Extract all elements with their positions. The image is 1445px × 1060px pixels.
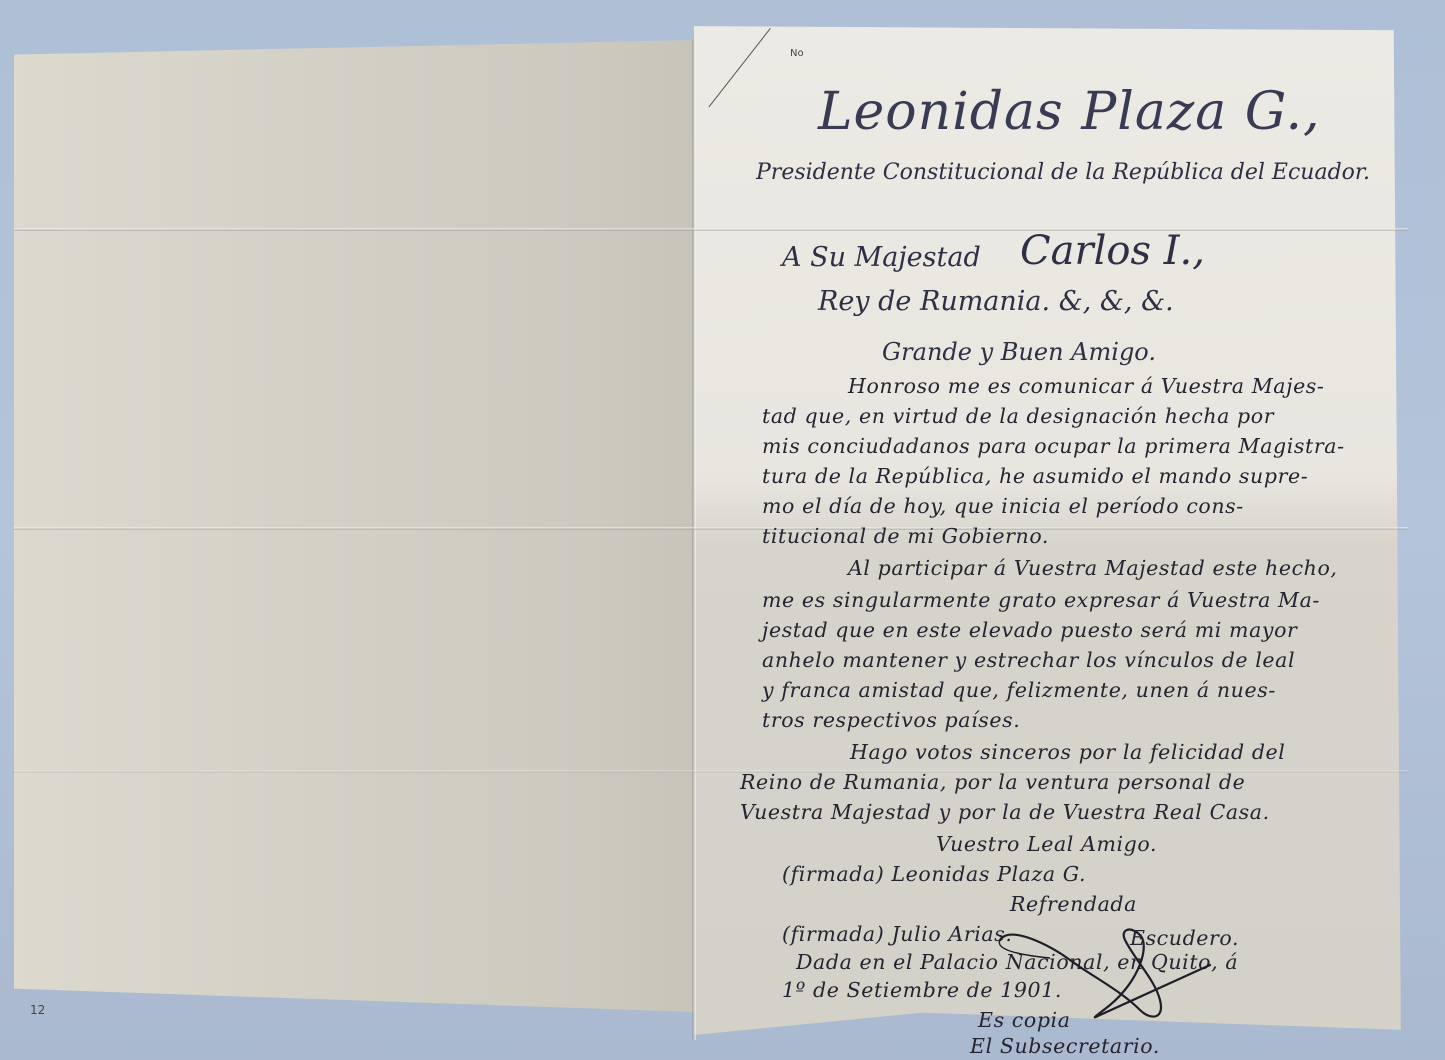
salutation: Grande y Buen Amigo. xyxy=(882,338,1156,366)
body-line: Reino de Rumania, por la ventura persona… xyxy=(740,770,1245,794)
left-blank-page xyxy=(14,40,694,1012)
body-line: mo el día de hoy, que inicia el período … xyxy=(762,494,1244,518)
margin-note: No xyxy=(790,48,804,59)
body-line: Honroso me es comunicar á Vuestra Majes- xyxy=(848,374,1324,398)
letterhead-title: Presidente Constitucional de la Repúblic… xyxy=(756,160,1370,185)
body-line: Vuestra Majestad y por la de Vuestra Rea… xyxy=(740,800,1270,824)
body-line: me es singularmente grato expresar á Vue… xyxy=(762,588,1320,612)
body-line: tura de la República, he asumido el mand… xyxy=(762,464,1308,488)
closing: Vuestro Leal Amigo. xyxy=(936,832,1157,856)
body-line: mis conciudadanos para ocupar la primera… xyxy=(762,434,1345,458)
countersigned-label: Refrendada xyxy=(1010,892,1137,916)
letterhead-name: Leonidas Plaza G., xyxy=(818,82,1321,142)
page-number: 12 xyxy=(30,1003,45,1017)
signed-minister: (firmada) Julio Arias. xyxy=(782,922,1012,946)
horizontal-fold-crease-middle xyxy=(14,527,1408,530)
body-line: anhelo mantener y estrechar los vínculos… xyxy=(762,648,1295,672)
vertical-fold-crease xyxy=(692,40,696,1040)
addressee-prefix: A Su Majestad xyxy=(782,242,981,273)
body-line: titucional de mi Gobierno. xyxy=(762,524,1049,548)
signature-escudero: Escudero. xyxy=(990,920,1230,1034)
body-line: Al participar á Vuestra Majestad este he… xyxy=(848,556,1338,580)
body-line: tad que, en virtud de la designación hec… xyxy=(762,404,1274,428)
addressee-title: Rey de Rumania. &, &, &. xyxy=(818,286,1174,317)
copy-signer-title: El Subsecretario. xyxy=(970,1034,1160,1058)
body-line: jestad que en este elevado puesto será m… xyxy=(762,618,1297,642)
signed-president: (firmada) Leonidas Plaza G. xyxy=(782,862,1086,886)
addressee-name: Carlos I., xyxy=(1020,228,1205,274)
body-line: y franca amistad que, felizmente, unen á… xyxy=(762,678,1276,702)
copy-signature-name: Escudero. xyxy=(1130,926,1239,950)
body-line: Hago votos sinceros por la felicidad del xyxy=(850,740,1285,764)
body-line: tros respectivos países. xyxy=(762,708,1020,732)
